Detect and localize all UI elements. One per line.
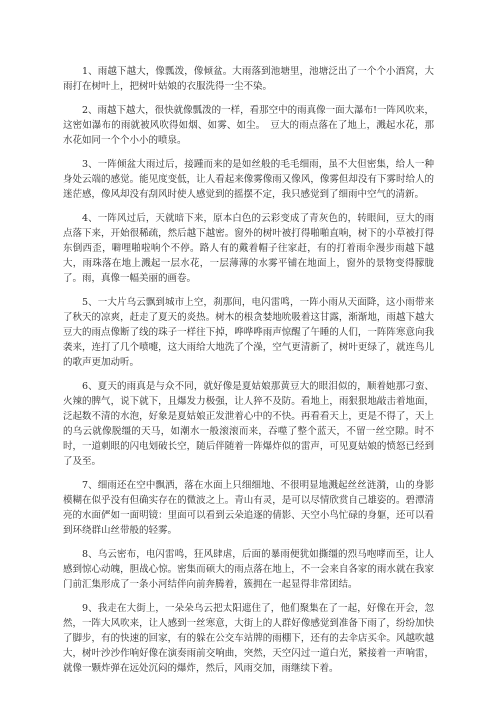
document-page: 1、雨越下越大，像瓢泼，像倾盆。大雨落到池塘里，池塘泛出了一个个小酒窝，大雨打在… <box>0 0 496 702</box>
rain-paragraph-7: 7、细雨还在空中飘洒，落在水面上只细细地、不很明显地溅起丝丝涟漪，山的身影模糊在… <box>63 478 434 538</box>
rain-paragraph-3: 3、一阵倾盆大雨过后，接踵而来的是如丝般的毛毛细雨，虽不大但密集，给人一种身处云… <box>63 157 434 202</box>
rain-paragraph-1: 1、雨越下越大，像瓢泼，像倾盆。大雨落到池塘里，池塘泛出了一个个小酒窝，大雨打在… <box>63 64 434 94</box>
rain-paragraph-6: 6、夏天的雨真是与众不同，就好像是夏姑娘那黄豆大的眼泪似的，顺着她那刁蛮、火辣的… <box>63 379 434 469</box>
rain-paragraph-4: 4、一阵风过后，天就暗下来，原本白色的云彩变成了青灰色的，转眼间，豆大的雨点落下… <box>63 211 434 286</box>
rain-paragraph-2: 2、雨越下越大，很快就像瓢泼的一样，看那空中的雨真像一面大瀑布!一阵风吹来，这密… <box>63 103 434 148</box>
rain-paragraph-5: 5、一大片乌云飘到城市上空，刹那间，电闪雷鸣，一阵小雨从天面降，这小雨带来了秋天… <box>63 295 434 370</box>
rain-paragraph-8: 8、乌云密布，电闪雷鸣，狂风肆虐，后面的暴雨便犹如撕缰的烈马咆哮而至，让人感到惊… <box>63 547 434 592</box>
rain-paragraph-9: 9、我走在大街上，一朵朵乌云把太阳遮住了，他们聚集在了一起，好像在开会，忽然，一… <box>63 601 434 676</box>
